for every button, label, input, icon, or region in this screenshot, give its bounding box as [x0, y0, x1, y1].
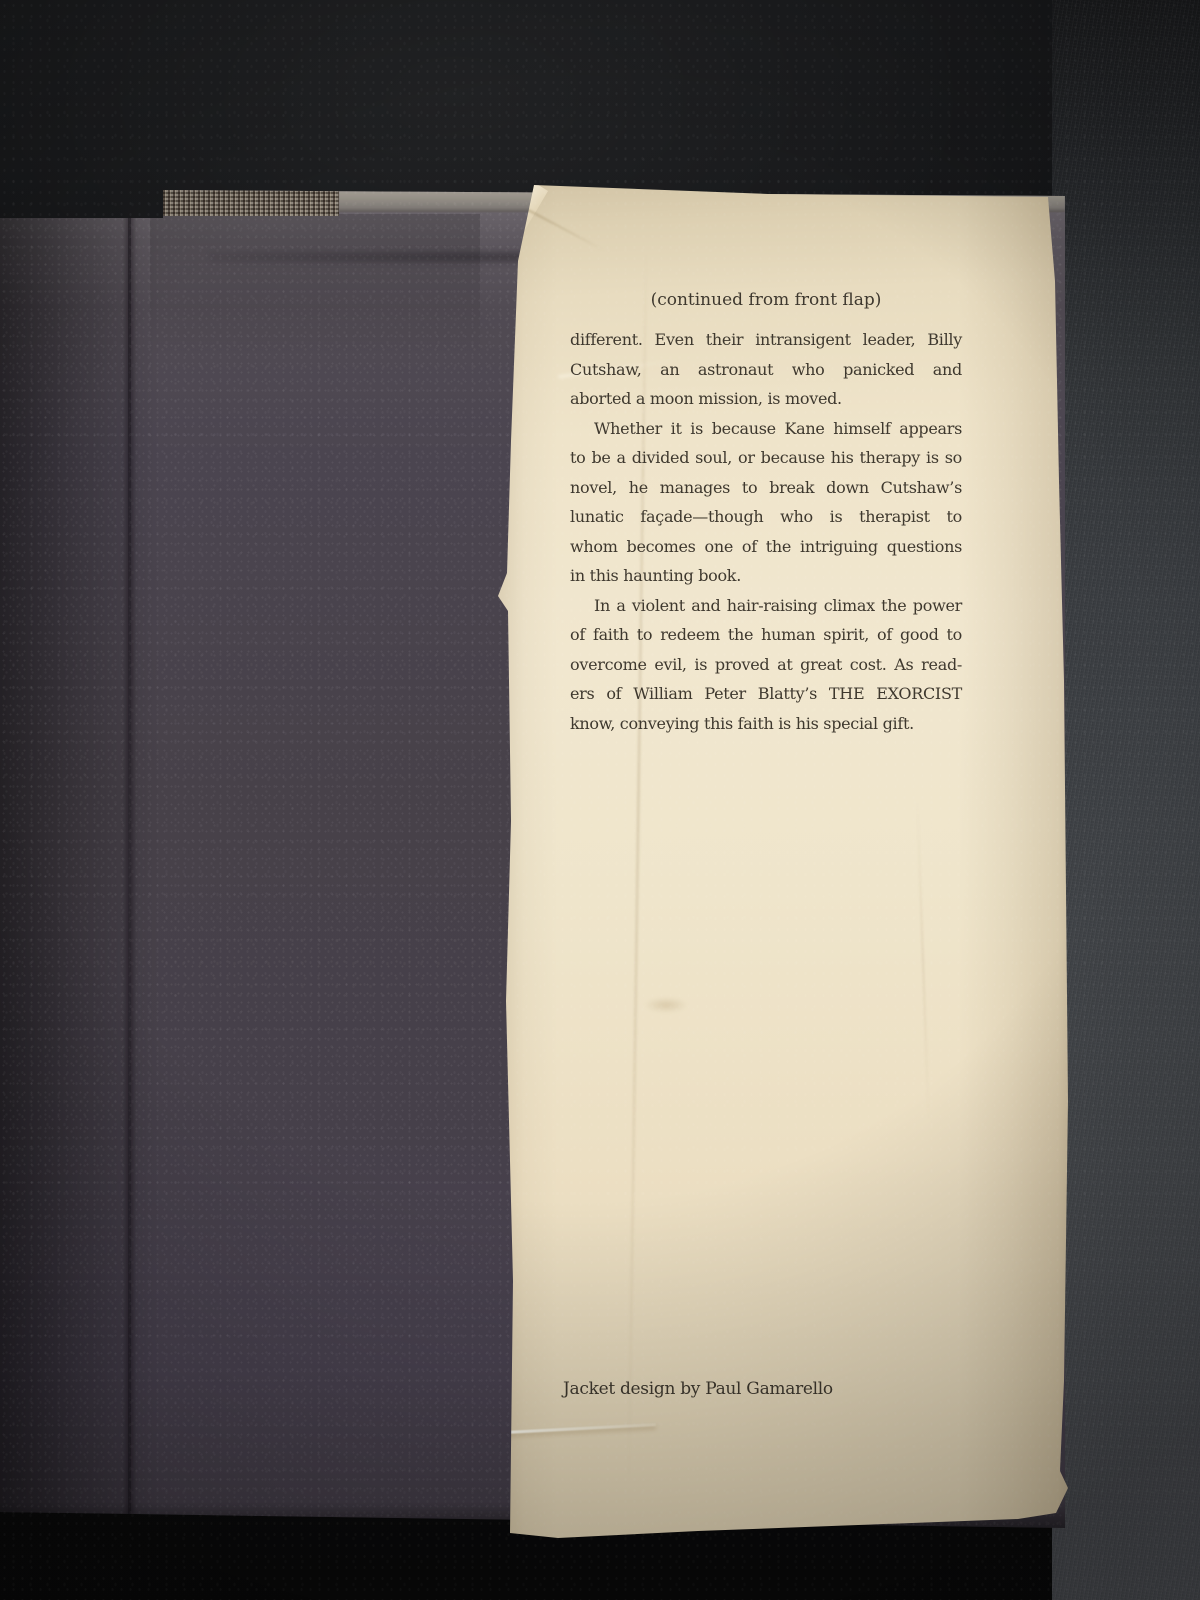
flap-line: ers of William Peter Blatty’s THE EXORCI… [570, 679, 962, 709]
flap-line: aborted a moon mission, is moved. [570, 384, 962, 414]
spine-hinge-cloth [163, 190, 339, 216]
flap-line: whom becomes one of the intriguing quest… [570, 532, 962, 562]
flap-line: overcome evil, is proved at great cost. … [570, 650, 962, 680]
jacket-back-flap: (continued from front flap) different. E… [498, 181, 1073, 1541]
flap-line: lunatic façade—though who is therapist t… [570, 502, 962, 532]
paper-crease [916, 801, 929, 1121]
flap-line: know, conveying this faith is his specia… [570, 709, 962, 739]
paper-crease [506, 1423, 656, 1434]
flap-line: Cutshaw, an astronaut who panicked and [570, 355, 962, 385]
jacket-design-credit: Jacket design by Paul Gamarello [563, 1379, 833, 1399]
flap-line: different. Even their intransigent leade… [570, 325, 962, 355]
flap-line: In a violent and hair-raising climax the… [570, 591, 962, 621]
endpaper-crease [128, 214, 131, 1514]
book-photo: (continued from front flap) different. E… [0, 0, 1200, 1600]
flap-continued-header: (continued from front flap) [570, 288, 962, 312]
flap-line: in this haunting book. [570, 561, 962, 591]
flap-line: Whether it is because Kane himself appea… [570, 414, 962, 444]
flap-text-block: (continued from front flap) different. E… [570, 288, 962, 738]
right-cover-fabric [1052, 0, 1200, 1600]
flap-line: to be a divided soul, or because his the… [570, 443, 962, 473]
flap-line: of faith to redeem the human spirit, of … [570, 620, 962, 650]
flap-line: novel, he manages to break down Cutshaw’… [570, 473, 962, 503]
paper-crease [644, 997, 688, 1013]
board-shadow [150, 214, 480, 394]
